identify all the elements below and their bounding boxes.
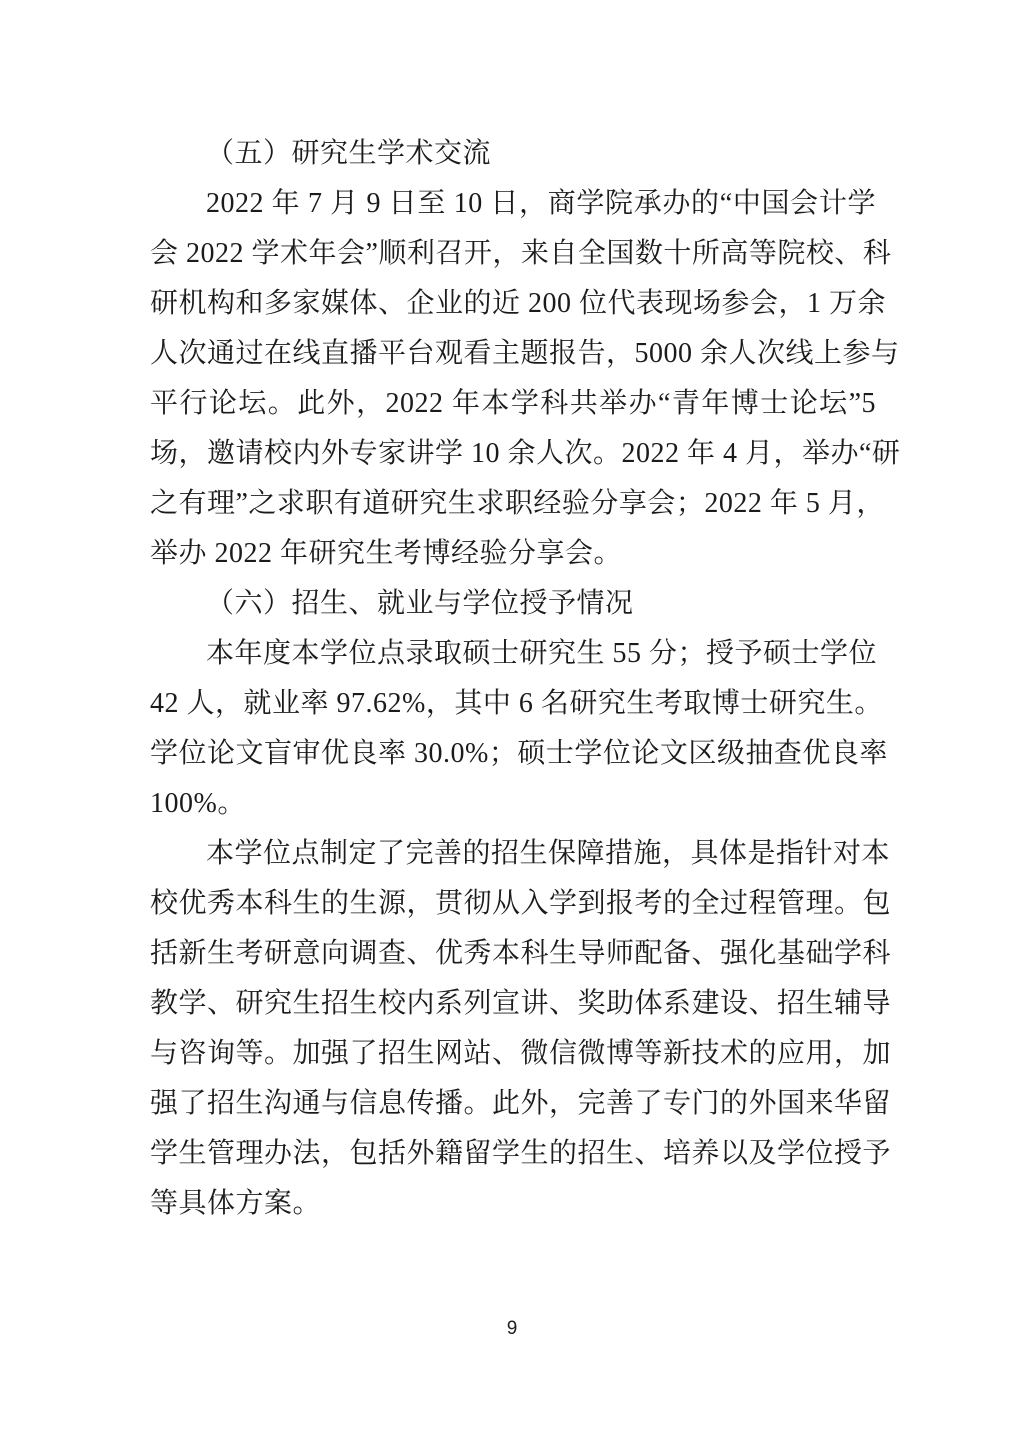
paragraph-line: 等具体方案。 — [150, 1179, 876, 1229]
paragraph-line: 学生管理办法，包括外籍留学生的招生、培养以及学位授予 — [150, 1129, 876, 1179]
section-heading-5: （五）研究生学术交流 — [150, 129, 876, 179]
paragraph-line: 42 人，就业率 97.62%，其中 6 名研究生考取博士研究生。 — [150, 679, 876, 729]
paragraph-line: 场，邀请校内外专家讲学 10 余人次。2022 年 4 月，举办“研 — [150, 429, 876, 479]
paragraph-line: 本学位点制定了完善的招生保障措施，具体是指针对本 — [150, 829, 876, 879]
document-body: （五）研究生学术交流 2022 年 7 月 9 日至 10 日，商学院承办的“中… — [150, 129, 876, 1229]
paragraph-line: 本年度本学位点录取硕士研究生 55 分；授予硕士学位 — [150, 629, 876, 679]
paragraph-line: 括新生考研意向调查、优秀本科生导师配备、强化基础学科 — [150, 929, 876, 979]
paragraph-line: 2022 年 7 月 9 日至 10 日，商学院承办的“中国会计学 — [150, 179, 876, 229]
paragraph-line: 100%。 — [150, 779, 876, 829]
section-heading-6: （六）招生、就业与学位授予情况 — [150, 579, 876, 629]
paragraph-line: 会 2022 学术年会”顺利召开，来自全国数十所高等院校、科 — [150, 229, 876, 279]
paragraph-line: 学位论文盲审优良率 30.0%；硕士学位论文区级抽查优良率 — [150, 729, 876, 779]
paragraph-line: 校优秀本科生的生源，贯彻从入学到报考的全过程管理。包 — [150, 879, 876, 929]
paragraph-line: 强了招生沟通与信息传播。此外，完善了专门的外国来华留 — [150, 1079, 876, 1129]
paragraph-line: 与咨询等。加强了招生网站、微信微博等新技术的应用，加 — [150, 1029, 876, 1079]
paragraph-line: 之有理”之求职有道研究生求职经验分享会；2022 年 5 月， — [150, 479, 876, 529]
paragraph-line: 研机构和多家媒体、企业的近 200 位代表现场参会，1 万余 — [150, 279, 876, 329]
page-footer: 9 — [0, 1318, 1024, 1340]
paragraph-line: 平行论坛。此外，2022 年本学科共举办“青年博士论坛”5 — [150, 379, 876, 429]
paragraph-line: 教学、研究生招生校内系列宣讲、奖助体系建设、招生辅导 — [150, 979, 876, 1029]
document-page: （五）研究生学术交流 2022 年 7 月 9 日至 10 日，商学院承办的“中… — [0, 0, 1024, 1448]
paragraph-line: 人次通过在线直播平台观看主题报告，5000 余人次线上参与 — [150, 329, 876, 379]
page-number: 9 — [507, 1318, 518, 1339]
paragraph-line: 举办 2022 年研究生考博经验分享会。 — [150, 529, 876, 579]
